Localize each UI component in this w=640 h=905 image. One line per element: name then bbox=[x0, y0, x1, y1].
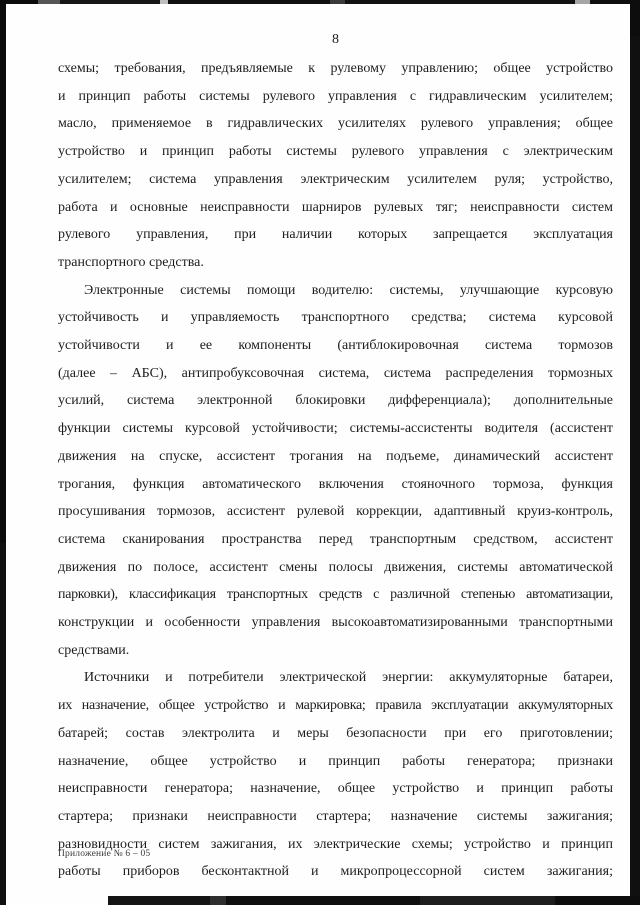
text-line: (далее – АБС), антипробуксовочная систем… bbox=[58, 360, 613, 388]
text-line: усилий, система электронной блокировки д… bbox=[58, 387, 613, 415]
text-line: просушивания тормозов, ассистент рулевой… bbox=[58, 498, 613, 526]
scan-edge-left bbox=[0, 0, 6, 905]
text-line: устойчивость и управляемость транспортно… bbox=[58, 304, 613, 332]
text-line: Источники и потребители электрической эн… bbox=[58, 664, 613, 692]
text-line: парковки), классификация транспортных ср… bbox=[58, 581, 613, 609]
text-line: усилителем; система управления электриче… bbox=[58, 166, 613, 194]
text-line: и принцип работы системы рулевого управл… bbox=[58, 83, 613, 111]
text-line: функции системы курсовой устойчивости; с… bbox=[58, 415, 613, 443]
text-line: средствами. bbox=[58, 637, 613, 665]
text-line: движения по полосе, ассистент смены поло… bbox=[58, 554, 613, 582]
text-line: схемы; требования, предъявляемые к рулев… bbox=[58, 55, 613, 83]
footer-note: Приложение № 6 – 05 bbox=[58, 849, 150, 859]
scan-edge-top bbox=[0, 0, 640, 4]
text-line: устойчивости и ее компоненты (антиблокир… bbox=[58, 332, 613, 360]
text-line: работы приборов бесконтактной и микропро… bbox=[58, 858, 613, 886]
text-line: масло, применяемое в гидравлических усил… bbox=[58, 110, 613, 138]
text-line: трогания, функция автоматического включе… bbox=[58, 471, 613, 499]
scan-edge-bottom bbox=[0, 896, 640, 905]
document-page: 8 схемы; требования, предъявляемые к рул… bbox=[0, 0, 640, 905]
text-line: работа и основные неисправности шарниров… bbox=[58, 194, 613, 222]
paragraph: Электронные системы помощи водителю: сис… bbox=[58, 277, 613, 665]
text-line: Электронные системы помощи водителю: сис… bbox=[58, 277, 613, 305]
page-number: 8 bbox=[58, 32, 613, 48]
text-line: батарей; состав электролита и меры безоп… bbox=[58, 720, 613, 748]
paragraph: схемы; требования, предъявляемые к рулев… bbox=[58, 55, 613, 277]
scan-edge-right bbox=[630, 0, 640, 905]
text-line: система сканирования пространства перед … bbox=[58, 526, 613, 554]
text-line: их назначение, общее устройство и маркир… bbox=[58, 692, 613, 720]
text-line: движения на спуске, ассистент трогания н… bbox=[58, 443, 613, 471]
text-line: устройство и принцип работы системы руле… bbox=[58, 138, 613, 166]
text-line: транспортного средства. bbox=[58, 249, 613, 277]
text-line: рулевого управления, при наличии которых… bbox=[58, 221, 613, 249]
text-line: конструкции и особенности управления выс… bbox=[58, 609, 613, 637]
text-body: схемы; требования, предъявляемые к рулев… bbox=[58, 55, 613, 886]
text-line: неисправности генератора; назначение, об… bbox=[58, 775, 613, 803]
text-line: стартера; признаки неисправности стартер… bbox=[58, 803, 613, 831]
text-line: назначение, общее устройство и принцип р… bbox=[58, 748, 613, 776]
